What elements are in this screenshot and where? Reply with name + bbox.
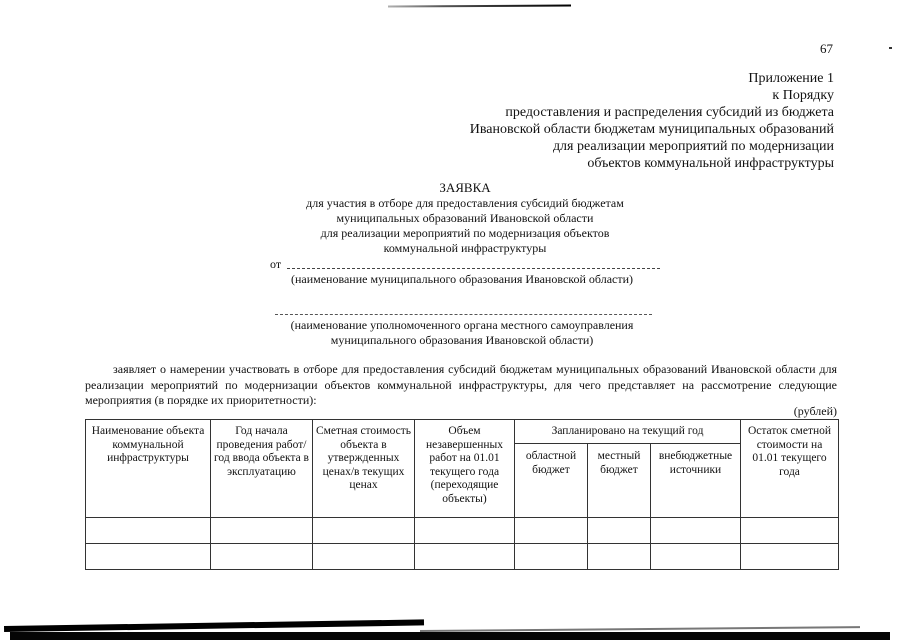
authority-blank-field[interactable] <box>275 314 652 315</box>
header-planned-current-year: Запланировано на текущий год <box>515 420 741 444</box>
table-cell[interactable] <box>313 518 415 544</box>
table-cell[interactable] <box>741 544 839 570</box>
table-cell[interactable] <box>211 518 313 544</box>
table-row <box>86 518 839 544</box>
header-years: Год начала проведения работ/год ввода об… <box>211 420 313 518</box>
appendix-line: предоставления и распределения субсидий … <box>394 104 834 121</box>
table-cell[interactable] <box>313 544 415 570</box>
intent-paragraph: заявляет о намерении участвовать в отбор… <box>85 362 837 409</box>
table-cell[interactable] <box>588 518 651 544</box>
table-cell[interactable] <box>211 544 313 570</box>
table-cell[interactable] <box>651 518 741 544</box>
header-remaining-cost: Остаток сметной стоимости на 01.01 текущ… <box>741 420 839 518</box>
table-cell[interactable] <box>415 544 515 570</box>
subtitle-line: коммунальной инфраструктуры <box>250 241 680 256</box>
authority-caption-line: муниципального образования Ивановской об… <box>262 333 662 348</box>
header-unfinished-volume: Объем незавершенных работ на 01.01 текущ… <box>415 420 515 518</box>
municipality-caption: (наименование муниципального образования… <box>262 272 662 287</box>
measures-table: Наименование объекта коммунальной инфрас… <box>85 419 839 570</box>
header-object-name: Наименование объекта коммунальной инфрас… <box>86 420 211 518</box>
table-cell[interactable] <box>588 544 651 570</box>
authority-caption: (наименование уполномоченного органа мес… <box>262 318 662 348</box>
table-cell[interactable] <box>515 544 588 570</box>
table-cell[interactable] <box>86 544 211 570</box>
appendix-line: объектов коммунальной инфраструктуры <box>394 155 834 172</box>
header-regional-budget: областной бюджет <box>515 444 588 518</box>
authority-caption-line: (наименование уполномоченного органа мес… <box>262 318 662 333</box>
subtitle-line: муниципальных образований Ивановской обл… <box>250 211 680 226</box>
appendix-line: к Порядку <box>394 87 834 104</box>
appendix-line: Приложение 1 <box>394 70 834 87</box>
table-cell[interactable] <box>515 518 588 544</box>
application-title-block: ЗАЯВКА для участия в отборе для предоста… <box>250 180 680 256</box>
header-local-budget: местный бюджет <box>588 444 651 518</box>
scan-artifact-speck <box>889 47 892 49</box>
scan-artifact-bottom-band <box>4 619 424 632</box>
scan-artifact-bottom-edge <box>10 632 890 640</box>
currency-note: (рублей) <box>760 404 837 419</box>
subtitle-line: для реализации мероприятий по модернизац… <box>250 226 680 241</box>
table-cell[interactable] <box>86 518 211 544</box>
table-cell[interactable] <box>741 518 839 544</box>
appendix-line: для реализации мероприятий по модернизац… <box>394 138 834 155</box>
header-estimated-cost: Сметная стоимость объекта в утвержденных… <box>313 420 415 518</box>
appendix-header: Приложение 1 к Порядку предоставления и … <box>394 70 834 172</box>
from-label: от <box>270 257 281 272</box>
scan-artifact-top-line <box>388 5 571 8</box>
page-number: 67 <box>800 41 833 57</box>
table-cell[interactable] <box>415 518 515 544</box>
municipality-blank-field[interactable] <box>287 267 660 269</box>
header-extrabudgetary: внебюджетные источники <box>651 444 741 518</box>
from-field: от <box>270 257 660 272</box>
document-title: ЗАЯВКА <box>250 180 680 196</box>
appendix-line: Ивановской области бюджетам муниципальны… <box>394 121 834 138</box>
subtitle-line: для участия в отборе для предоставления … <box>250 196 680 211</box>
table-cell[interactable] <box>651 544 741 570</box>
table-row <box>86 544 839 570</box>
